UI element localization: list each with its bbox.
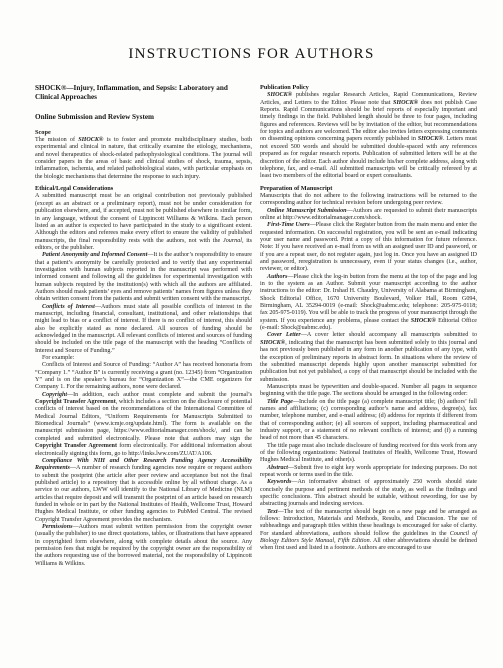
section-heading: Publication Policy [260, 84, 477, 91]
paragraph-lead: SHOCK® [267, 92, 292, 98]
right-column: Publication PolicySHOCK® publishes regul… [260, 84, 477, 568]
paragraph: A submitted manuscript must be an origin… [35, 193, 252, 252]
paragraph: Conflicts of Interest and Source of Fund… [35, 362, 252, 391]
text-run: Online Submission and Review System [35, 113, 154, 121]
text-run: Scope [35, 129, 51, 136]
paragraph: SHOCK® publishes regular Research Articl… [260, 92, 477, 180]
text-run: —The text of the manuscript should begin… [260, 509, 477, 537]
paragraph: Manuscripts must be typewritten and doub… [260, 384, 477, 399]
paragraph: The title page must also include disclos… [260, 443, 477, 465]
paragraph: The mission of SHOCK® is to foster and p… [35, 137, 252, 181]
paragraph: Keywords—An informative abstract of appr… [260, 479, 477, 508]
left-column: SHOCK®—Injury, Inflammation, and Sepsis:… [35, 84, 252, 568]
text-run: Manuscripts must be typewritten and doub… [260, 384, 477, 397]
text-run: Copyright Transfer Agreement [35, 399, 116, 405]
text-run: —Please click the log-in button from the… [260, 274, 477, 324]
paragraph-lead: Keywords [267, 479, 291, 485]
paragraph-lead: SHOCK® [418, 136, 443, 142]
section-heading: Ethical/Legal Considerations [35, 185, 252, 192]
paragraph-lead: SHOCK® [411, 318, 436, 324]
section-heading: SHOCK®—Injury, Inflammation, and Sepsis:… [35, 84, 252, 102]
paragraph: Permissions—Authors must submit written … [35, 524, 252, 568]
text-run: Manuscripts that do not adhere to the fo… [260, 193, 477, 206]
content-columns: SHOCK®—Injury, Inflammation, and Sepsis:… [0, 84, 503, 568]
paragraph-lead: Authors [267, 274, 287, 280]
section-heading: Online Submission and Review System [35, 113, 252, 122]
text-run: is to foster and promote multidisciplina… [35, 137, 252, 180]
text-run: —Submit five to eight key words appropri… [260, 465, 477, 478]
paragraph-lead: Permissions [42, 524, 72, 530]
paragraph: Patient Anonymity and Informed Consent—I… [35, 252, 252, 303]
text-run: Conflicts of Interest and Source of Fund… [35, 362, 252, 390]
section-heading: Scope [35, 129, 252, 136]
text-run: Journal [223, 238, 242, 244]
paragraph: First-Time Users—Please click the Regist… [260, 222, 477, 273]
paragraph-lead: Copyright [42, 392, 67, 398]
paragraph: Compliance With NIH and Other Research F… [35, 458, 252, 524]
text-run: For example: [42, 355, 74, 361]
text-run: Ethical/Legal Considerations [35, 185, 113, 192]
document-page: INSTRUCTIONS FOR AUTHORS SHOCK®—Injury, … [0, 0, 503, 668]
paragraph: Abstract—Submit five to eight key words … [260, 465, 477, 480]
paragraph-lead: SHOCK® [260, 340, 285, 346]
paragraph-lead: SHOCK® [78, 137, 103, 143]
paragraph-lead: Conflicts of Interest [42, 304, 95, 310]
text-run: —In addition, each author must complete … [67, 392, 252, 398]
text-run: —Authors must submit written permission … [35, 524, 252, 567]
paragraph-lead: Title Page [267, 399, 293, 405]
paragraph: Online Manuscript Submission—Authors are… [260, 208, 477, 223]
text-run: A submitted manuscript must be an origin… [35, 193, 252, 243]
paragraph-lead: Patient Anonymity and Informed Consent [42, 252, 147, 258]
text-run: , which includes a section on the disclo… [35, 399, 252, 442]
text-run: —It is the author’s responsibility to en… [35, 252, 252, 302]
paragraph-lead: SHOCK® [393, 100, 418, 106]
text-run: —A cover letter should accompany all man… [301, 332, 477, 338]
paragraph: Manuscripts that do not adhere to the fo… [260, 193, 477, 208]
paragraph-lead: Text [267, 509, 278, 515]
paragraph-lead: Online Manuscript Submission [267, 208, 347, 214]
text-run: SHOCK®—Injury, Inflammation, and Sepsis:… [35, 84, 228, 101]
text-run: , indicating that the manuscript has bee… [260, 340, 477, 383]
paragraph: Copyright—In addition, each author must … [35, 392, 252, 458]
text-run: Publication Policy [260, 84, 309, 91]
paragraph: Conflicts of Interest—Authors must state… [35, 304, 252, 355]
paragraph-lead: Cover Letter [267, 332, 301, 338]
section-heading: Preparation of Manuscript [260, 185, 477, 192]
paragraph: Title Page—Include on the title page (a)… [260, 399, 477, 443]
paragraph-lead: Abstract [267, 465, 288, 471]
text-run: —Include on the title page (a) complete … [260, 399, 477, 442]
text-run: —An informative abstract of approximatel… [260, 479, 477, 507]
text-run: The title page must also include disclos… [260, 443, 477, 464]
text-run: Copyright Transfer Agreement [35, 443, 117, 449]
text-run: —Authors must state all possible conflic… [35, 304, 252, 354]
page-title: INSTRUCTIONS FOR AUTHORS [0, 46, 503, 63]
paragraph-lead: First-Time Users [267, 222, 310, 228]
paragraph: Text—The text of the manuscript should b… [260, 509, 477, 553]
text-run: —A number of research funding agencies n… [35, 465, 252, 522]
text-run: —Please click the Register button from t… [260, 222, 477, 272]
text-run: . Letters must not exceed 500 words and … [260, 136, 477, 179]
text-run: Preparation of Manuscript [260, 185, 332, 192]
text-run: The mission of [35, 137, 78, 143]
paragraph: Cover Letter—A cover letter should accom… [260, 332, 477, 383]
paragraph: Authors—Please click the log-in button f… [260, 274, 477, 333]
